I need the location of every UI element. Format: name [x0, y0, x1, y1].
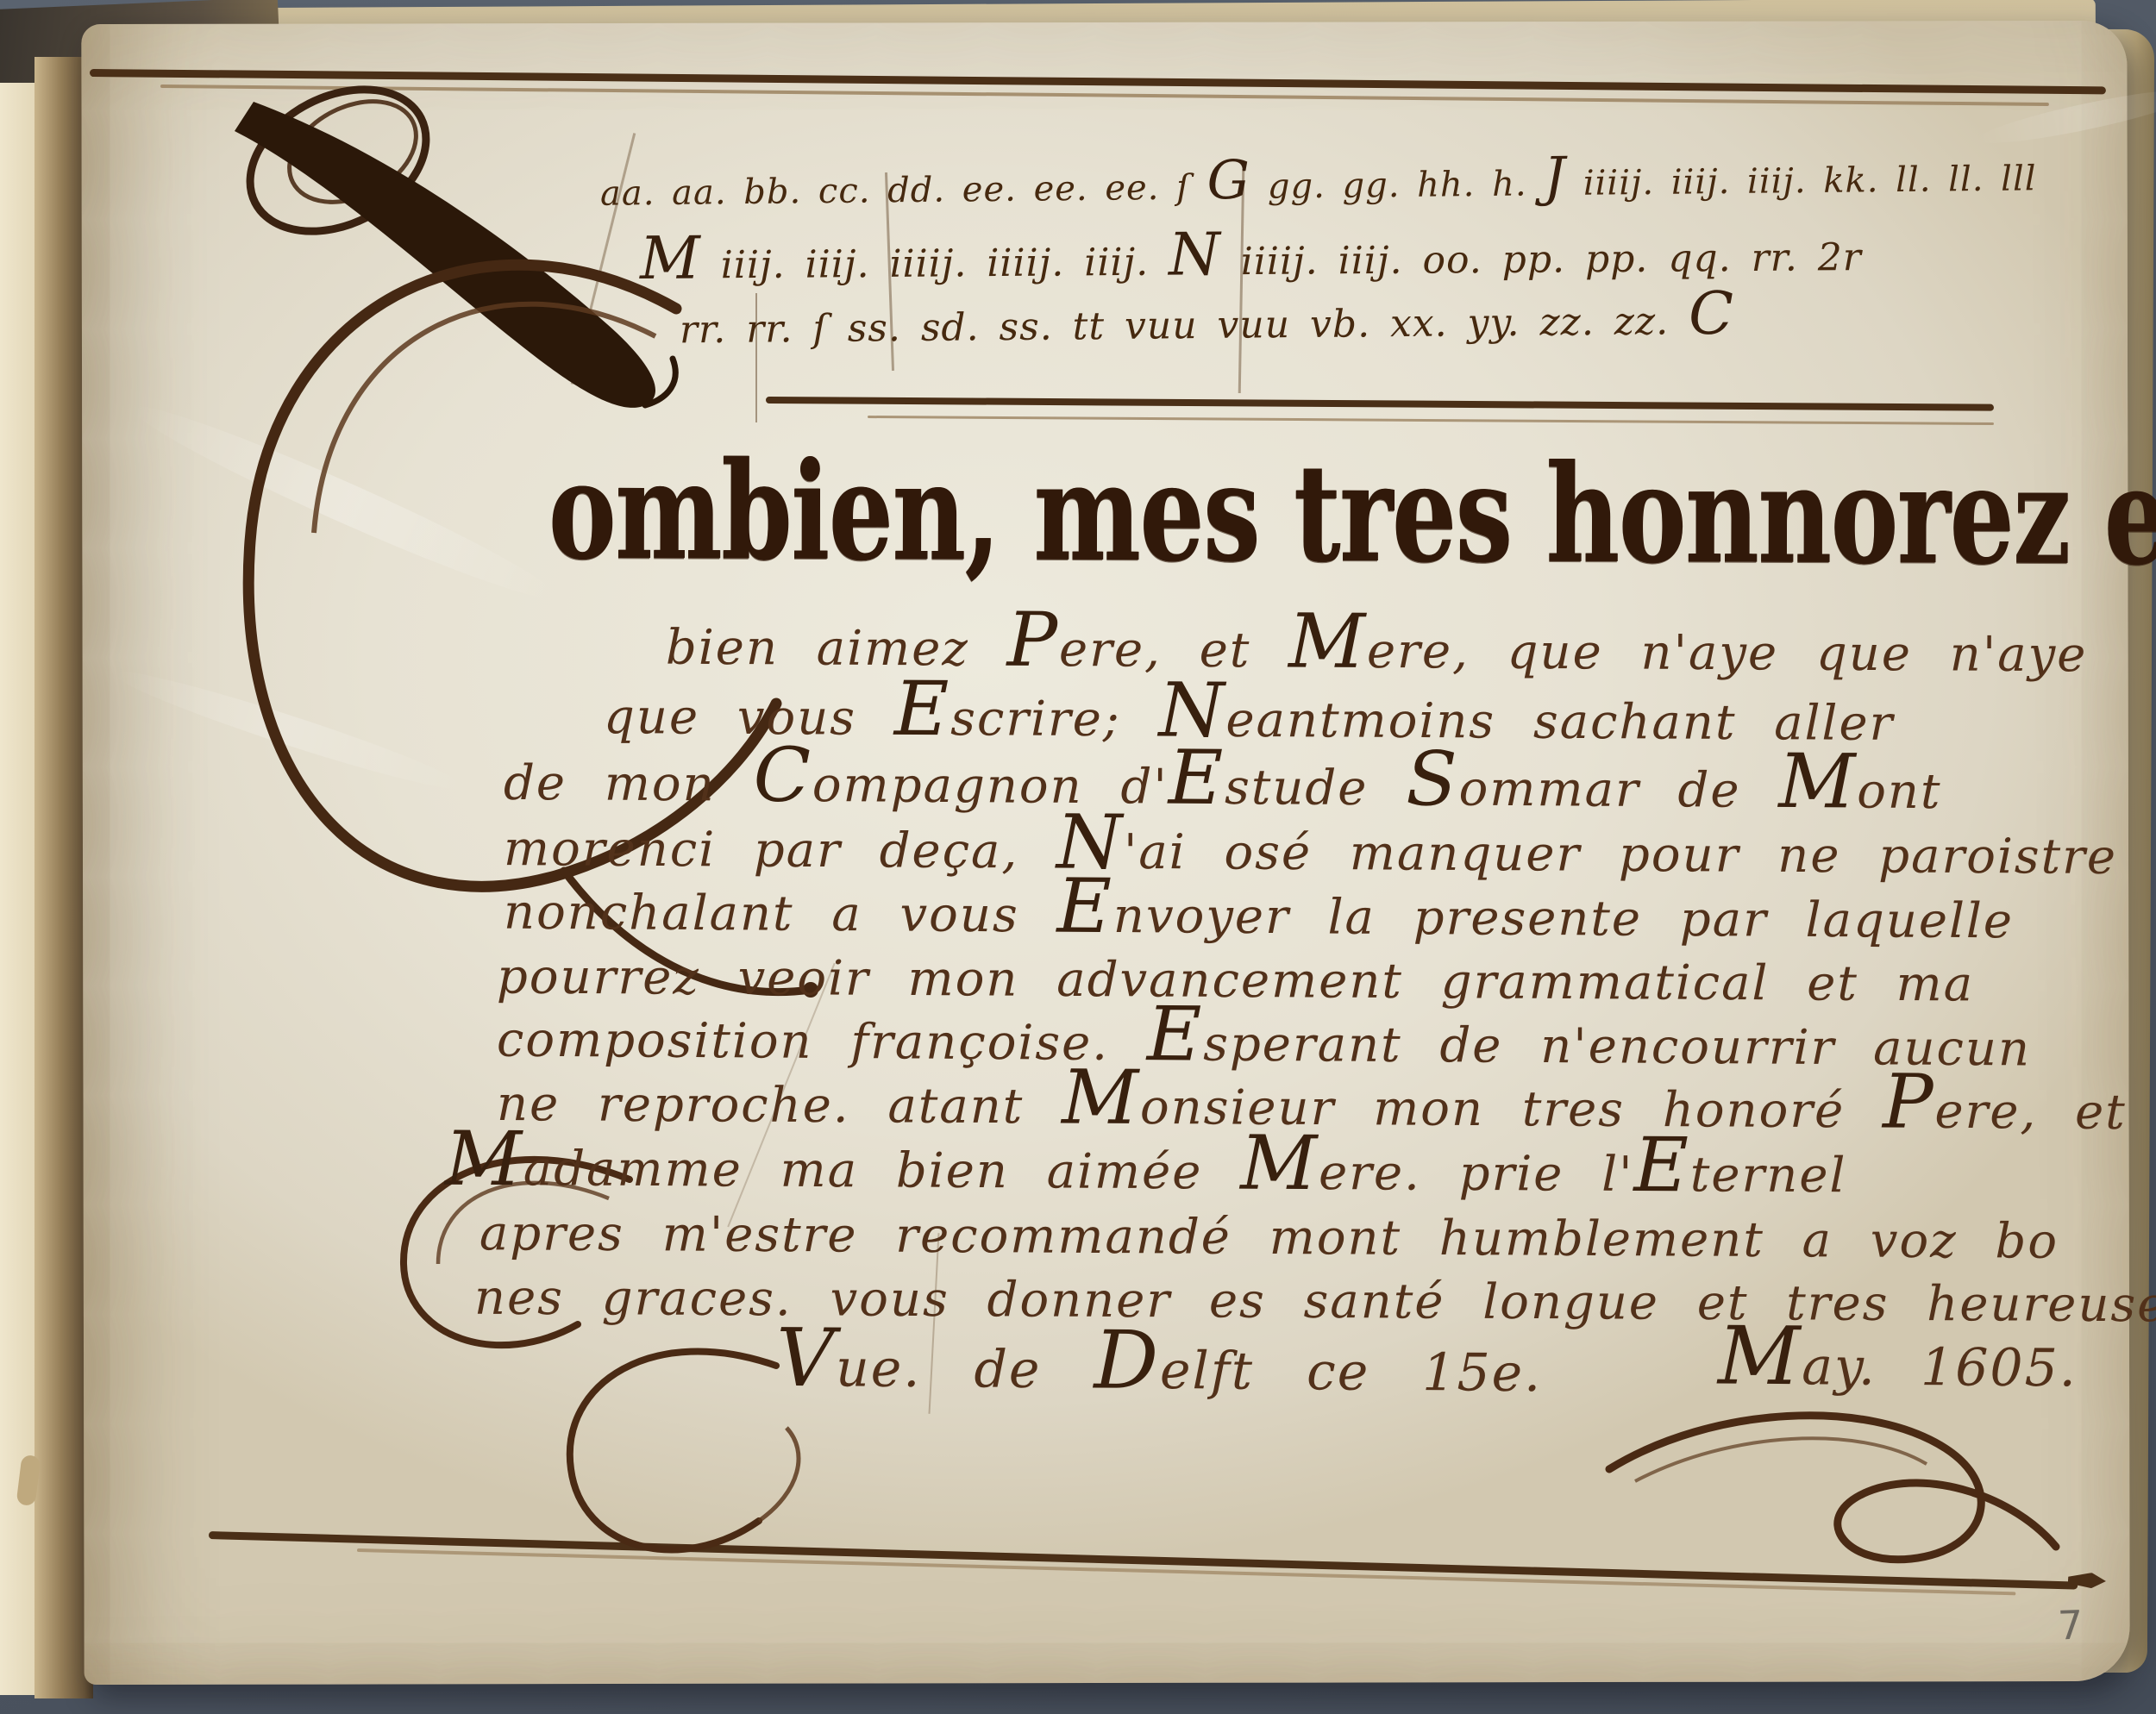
body-line-6: pourrez veoir mon advancement grammatica…	[497, 954, 1974, 1010]
page-number: 7	[2057, 1605, 2084, 1646]
body-line-1: bien aimez Pere, et Mere, que n'aye que …	[666, 624, 2088, 680]
practice-line-2: M iiij. iiij. iiiij. iiiij. iiij. N iiii…	[640, 239, 1862, 285]
page-stack-edge-left	[0, 83, 38, 1695]
heavy-swash	[235, 102, 655, 408]
body-line-9: Madamme ma bien aimée Mere. prie l'Etern…	[445, 1145, 1847, 1201]
body-line-11: nes graces. vous donner es santé longue …	[474, 1274, 2156, 1330]
ribbon-loop-inner	[1635, 1438, 1927, 1481]
body-line-10: apres m'estre recommandé mont humblement…	[479, 1210, 2059, 1267]
v-loop-tail	[759, 1428, 799, 1521]
body-line-3: de mon Compagnon d'Estude Sommar de Mont	[504, 760, 1942, 816]
body-line-5: nonchalant a vous Envoyer la presente pa…	[504, 889, 2014, 947]
ribbon-loop	[1609, 1416, 2056, 1560]
practice-line-3: rr. rr. ſ ss. sd. ss. tt vuu vuu vb. xx.…	[680, 303, 1735, 350]
v-loop-outer	[570, 1351, 776, 1549]
heading-line: ombien, mes tres honnorez et	[548, 443, 2156, 584]
manuscript-photo: aa. aa. bb. cc. dd. ee. ee. ee. ſ G gg. …	[0, 0, 2156, 1714]
body-line-4: morenci par deça, N'ai osé manquer pour …	[504, 825, 2117, 882]
end-swash-flourish	[1583, 1386, 2092, 1611]
dateline-right: May. 1605.	[1718, 1341, 2078, 1395]
dateline-left: Vue. de Delft ce 15e.	[776, 1342, 1543, 1399]
vue-initial-flourish	[542, 1331, 800, 1590]
body-line-7: composition françoise. Esperant de n'enc…	[497, 1017, 2031, 1074]
